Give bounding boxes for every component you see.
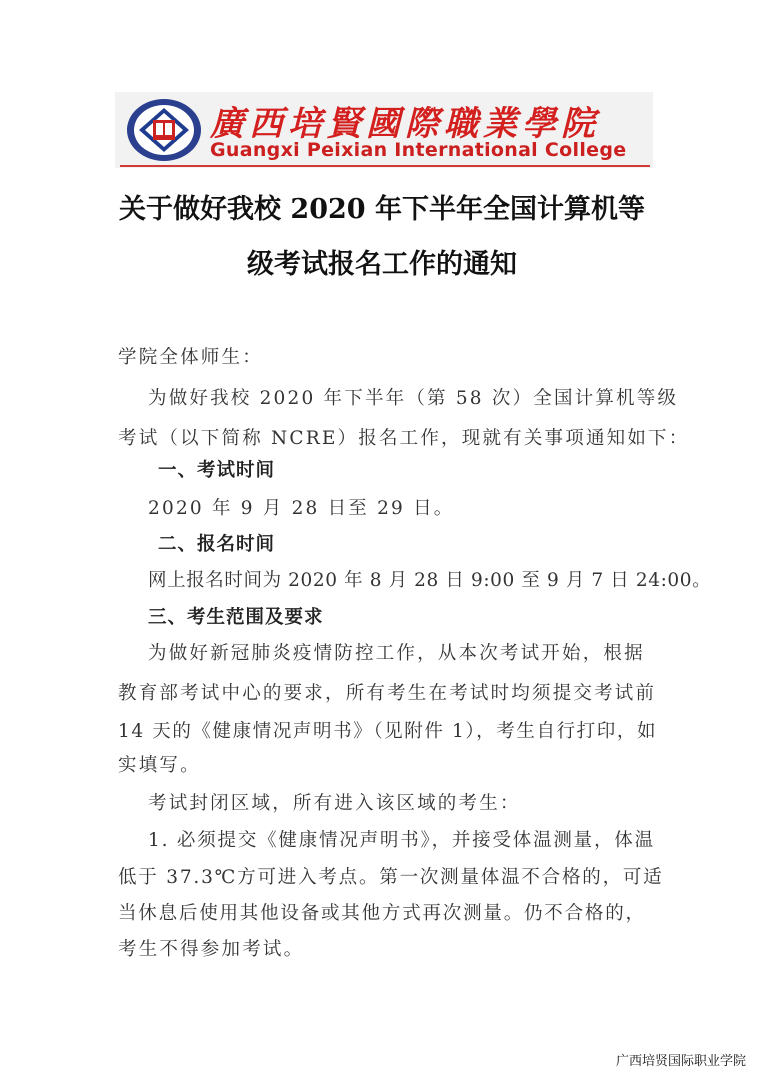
section-3-paragraph-1-line-1: 为做好新冠肺炎疫情防控工作，从本次考试开始，根据 [148,639,688,665]
intro-line-1: 为做好我校 2020 年下半年（第 58 次）全国计算机等级 [148,384,688,410]
section-3-heading: 三、考生范围及要求 [148,603,324,629]
footer-college-name: 广西培贤国际职业学院 [616,1050,746,1069]
college-name-chinese: 廣西培賢國際職業學院 [210,96,650,140]
section-3-paragraph-1-line-2: 教育部考试中心的要求，所有考生在考试时均须提交考试前 [118,679,658,705]
section-2-heading: 二、报名时间 [158,530,275,556]
section-1-heading: 一、考试时间 [158,456,275,482]
section-2-text: 网上报名时间为 2020 年 8 月 28 日 9:00 至 9 月 7 日 2… [148,566,688,592]
salutation: 学院全体师生： [118,343,658,369]
intro-line-2: 考试（以下简称 NCRE）报名工作，现就有关事项通知如下： [118,424,658,450]
notice-title-line-1: 关于做好我校 2020 年下半年全国计算机等 [100,187,664,226]
item-1-line-3: 当休息后使用其他设备或其他方式再次测量。仍不合格的， [118,899,658,925]
section-1-text: 2020 年 9 月 28 日至 29 日。 [148,494,688,520]
header-divider [120,165,650,167]
item-1-line-4: 考生不得参加考试。 [118,935,658,961]
college-emblem-icon [125,97,203,163]
section-3-paragraph-2: 考试封闭区域，所有进入该区域的考生： [148,789,688,815]
item-1-line-2: 低于 37.3℃方可进入考点。第一次测量体温不合格的，可适 [118,863,658,889]
section-3-paragraph-1-line-4: 实填写。 [118,751,658,777]
section-3-paragraph-1-line-3: 14 天的《健康情况声明书》（见附件 1），考生自行打印，如 [118,717,658,743]
college-name-english: Guangxi Peixian International College [210,139,650,161]
notice-title-line-2: 级考试报名工作的通知 [100,242,664,281]
item-1-line-1: 1. 必须提交《健康情况声明书》，并接受体温测量，体温 [148,826,688,852]
